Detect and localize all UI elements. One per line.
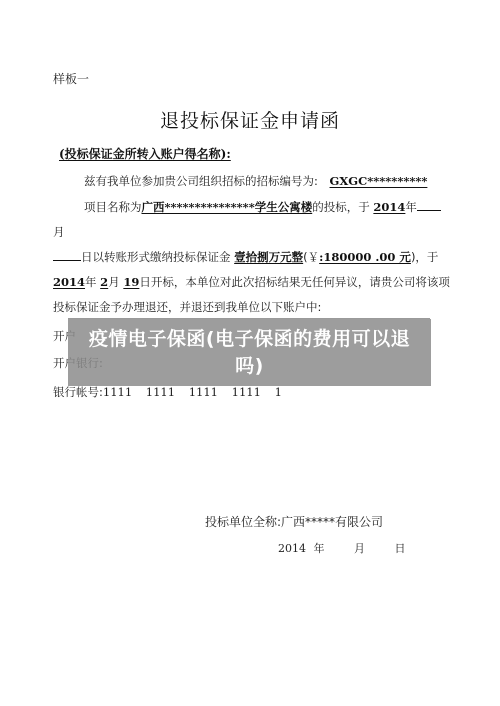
document-title: 退投标保证金申请函 xyxy=(0,106,500,133)
date-day-unit: 日 xyxy=(395,542,406,555)
bidder-label: 投标单位全称: xyxy=(205,515,281,529)
bid-text: 的投标，于 xyxy=(312,200,370,214)
month-blank xyxy=(417,200,441,211)
open-year-unit: 年 xyxy=(85,275,97,289)
body-line-3: 月 xyxy=(53,224,65,240)
project-name: 广西***************学生公寓楼 xyxy=(142,200,313,214)
document-page: 样板一 退投标保证金申请函 (投标保证金所转入账户得名称): 兹有我单位参加贵公… xyxy=(0,0,500,706)
account-name-hint: (投标保证金所转入账户得名称): xyxy=(53,145,235,162)
bidder-signature-line: 投标单位全称:广西*****有限公司 xyxy=(205,513,383,530)
date-year: 2014 xyxy=(278,542,306,555)
open-year: 2014 xyxy=(53,275,85,289)
banner-text: 疫情电子保函(电子保函的费用可以退吗) xyxy=(77,326,422,380)
bid-year: 2014 xyxy=(373,200,405,214)
month-unit: 月 xyxy=(53,225,65,239)
open-day: 19 xyxy=(123,275,139,289)
year-unit: 年 xyxy=(405,200,417,214)
title-banner-overlay: 疫情电子保函(电子保函的费用可以退吗) xyxy=(68,319,431,386)
open-month: 2 xyxy=(100,275,108,289)
amount-close: )，于 xyxy=(411,250,439,264)
account-number-label: 银行帐号: xyxy=(53,385,103,399)
tender-number: GXGC********** xyxy=(330,174,428,188)
body-line-4: 日以转账形式缴纳投标保证金 壹拾捌万元整(￥:180000 .00 元)，于 xyxy=(53,249,438,265)
date-year-unit: 年 xyxy=(314,542,325,555)
body-line-6: 投标保证金予办理退还，并退还到我单位以下账户中: xyxy=(53,299,321,315)
account-number-value: 1111 1111 1111 1111 1 xyxy=(103,385,282,399)
signature-date-line: 2014 年 月 日 xyxy=(278,540,406,556)
amount-open: (￥ xyxy=(303,250,319,264)
body-line-1: 兹有我单位参加贵公司组织招标的招标编号为: GXGC********** xyxy=(84,173,427,189)
refund-request-text: 投标保证金予办理退还，并退还到我单位以下账户中: xyxy=(53,300,321,314)
amount-words: 壹拾捌万元整 xyxy=(234,250,303,264)
project-name-label: 项目名称为 xyxy=(84,200,142,214)
open-rest-text: 日开标，本单位对此次招标结果无任何异议，请贵公司将该项 xyxy=(139,275,450,289)
day-blank xyxy=(53,250,81,261)
body-line-2: 项目名称为广西***************学生公寓楼的投标，于 2014年 xyxy=(84,199,441,215)
amount-number: :180000 .00 元 xyxy=(319,250,411,264)
bidder-name: 广西*****有限公司 xyxy=(281,515,383,529)
date-month-unit: 月 xyxy=(354,542,365,555)
sample-label: 样板一 xyxy=(53,70,89,87)
tender-number-label: 兹有我单位参加贵公司组织招标的招标编号为: xyxy=(84,174,318,188)
open-month-unit: 月 xyxy=(108,275,120,289)
payment-text: 日以转账形式缴纳投标保证金 xyxy=(81,250,231,264)
body-line-5: 2014年 2月 19日开标，本单位对此次招标结果无任何异议，请贵公司将该项 xyxy=(53,274,450,290)
account-number-line: 银行帐号:1111 1111 1111 1111 1 xyxy=(53,384,282,400)
